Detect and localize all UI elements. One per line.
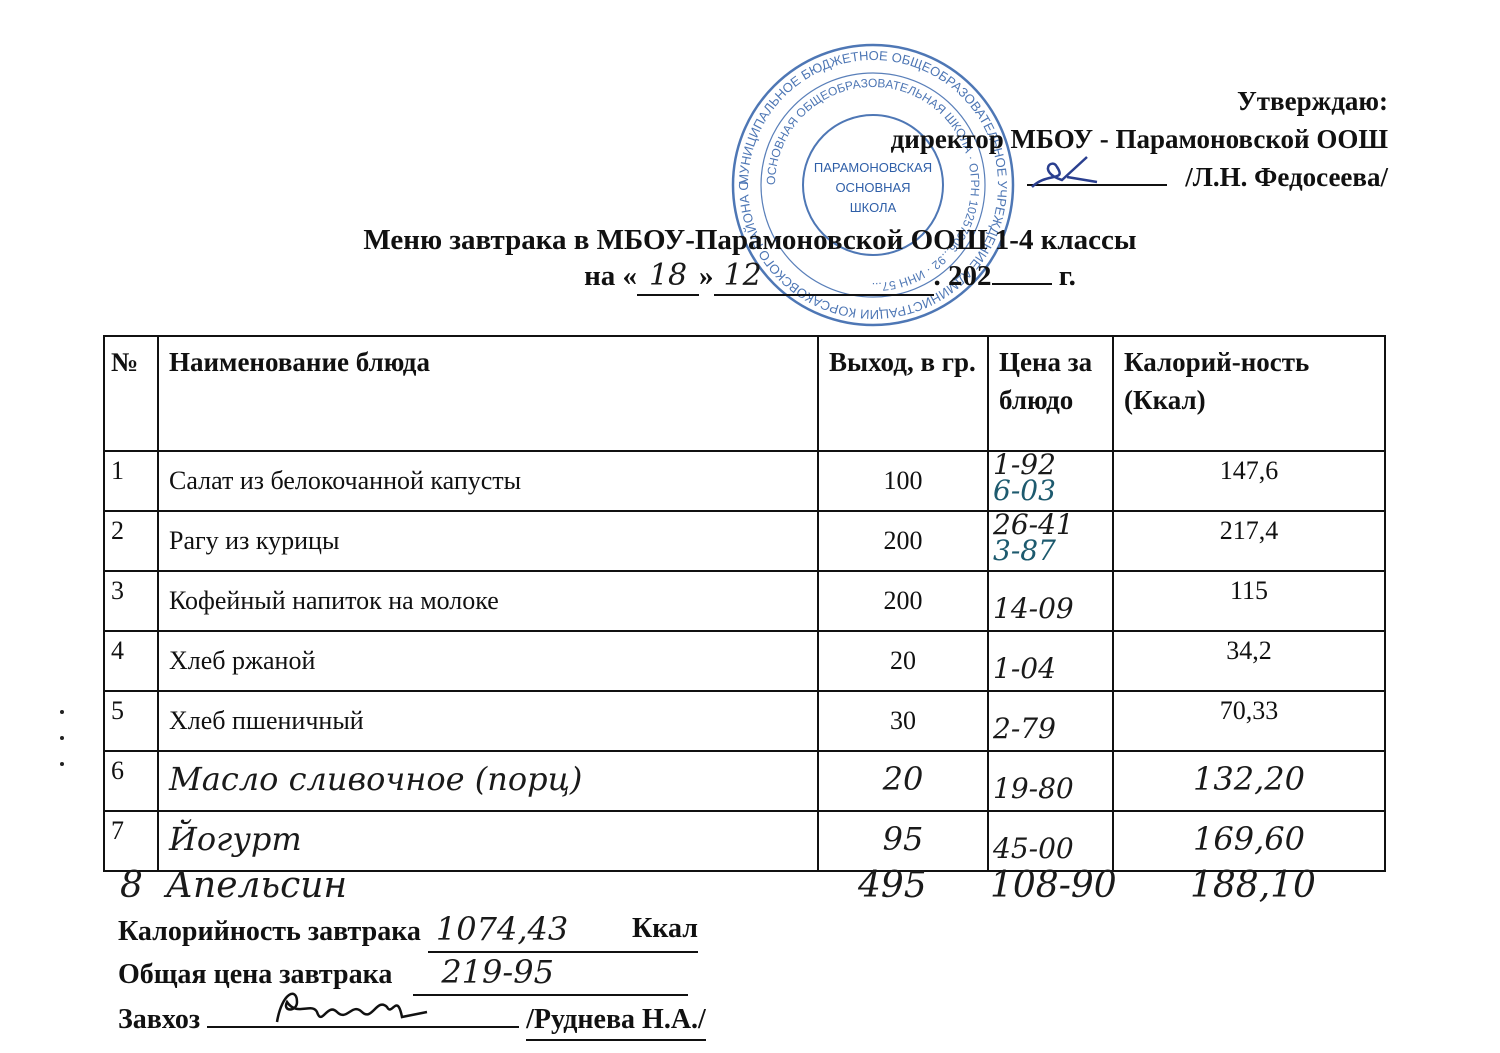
dish-calories: 70,33 (1113, 691, 1385, 751)
dish-output: 200 (818, 571, 988, 631)
price-value: 14-09 (993, 596, 1108, 622)
approval-position: директор МБОУ - Парамоновской ООШ (891, 120, 1388, 158)
dish-name: Хлеб ржаной (158, 631, 818, 691)
dish-name: Йогурт (158, 811, 818, 871)
calories-total-value: 1074,43 (428, 910, 568, 948)
calories-total-field: 1074,43 Ккал (428, 910, 698, 953)
date-year-prefix: . 202 (934, 260, 992, 292)
price-value: 45-00 (993, 836, 1108, 862)
title-line: Меню завтрака в МБОУ-Парамоновской ООШ 1… (0, 222, 1500, 258)
dish-price: 19-80 (988, 751, 1113, 811)
table-row: 4Хлеб ржаной201-0434,2 (104, 631, 1385, 691)
header-calories: Калорий-ность (Ккал) (1113, 336, 1385, 451)
dish-output: 20 (818, 631, 988, 691)
dish-price: 45-00 (988, 811, 1113, 871)
svg-text:ШКОЛА: ШКОЛА (850, 200, 897, 215)
table-row: 2Рагу из курицы20026-413-87217,4 (104, 511, 1385, 571)
extra-row-calories: 188,10 (1190, 865, 1316, 906)
date-month-value: 12 (724, 258, 762, 293)
header-output: Выход, в гр. (818, 336, 988, 451)
dish-price: 1-04 (988, 631, 1113, 691)
price-value: 19-80 (993, 776, 1108, 802)
price-value: 6-03 (993, 478, 1108, 504)
dish-price: 26-413-87 (988, 511, 1113, 571)
director-signature-field (1027, 162, 1167, 186)
manager-signature-icon (267, 982, 467, 1032)
manager-name: /Руднева Н.А./ (526, 1001, 706, 1041)
row-number: 4 (104, 631, 158, 691)
scan-margin-marks (60, 710, 70, 788)
dish-name: Салат из белокочанной капусты (158, 451, 818, 511)
table-row: 5Хлеб пшеничный302-7970,33 (104, 691, 1385, 751)
dish-calories: 169,60 (1113, 811, 1385, 871)
price-value: 1-04 (993, 656, 1108, 682)
dish-calories: 217,4 (1113, 511, 1385, 571)
dish-output: 95 (818, 811, 988, 871)
date-day-field: 18 (637, 258, 699, 296)
manager-signature-field (207, 996, 519, 1028)
dish-output: 200 (818, 511, 988, 571)
dish-output: 20 (818, 751, 988, 811)
dish-name: Рагу из курицы (158, 511, 818, 571)
dish-output: 100 (818, 451, 988, 511)
calories-total-line: Калорийность завтрака 1074,43 Ккал (118, 910, 706, 953)
dish-price: 14-09 (988, 571, 1113, 631)
dish-output: 30 (818, 691, 988, 751)
extra-row-output: 495 (858, 865, 927, 906)
extra-row-price: 108-90 (990, 865, 1117, 906)
manager-label: Завхоз (118, 1004, 200, 1035)
header-name: Наименование блюда (158, 336, 818, 451)
approval-block: Утверждаю: директор МБОУ - Парамоновской… (891, 82, 1388, 196)
date-prefix: на « (584, 260, 637, 292)
approval-signature-line: /Л.Н. Федосеева/ (891, 158, 1388, 196)
approval-heading: Утверждаю: (891, 82, 1388, 120)
footer-summary: Калорийность завтрака 1074,43 Ккал Общая… (118, 910, 706, 1041)
price-value: 2-79 (993, 716, 1108, 742)
date-month-field: 12 (714, 258, 934, 296)
dish-price: 1-926-03 (988, 451, 1113, 511)
row-number: 6 (104, 751, 158, 811)
row-number: 2 (104, 511, 158, 571)
dish-calories: 115 (1113, 571, 1385, 631)
row-number: 7 (104, 811, 158, 871)
title-date-line: на «18»12. 202 г. (0, 258, 1500, 296)
date-quote: » (699, 260, 714, 292)
header-price: Цена за блюдо (988, 336, 1113, 451)
calories-total-label: Калорийность завтрака (118, 916, 421, 947)
dish-calories: 132,20 (1113, 751, 1385, 811)
date-day-value: 18 (649, 258, 687, 293)
header-num: № (104, 336, 158, 451)
table-header-row: № Наименование блюда Выход, в гр. Цена з… (104, 336, 1385, 451)
date-year-field (992, 283, 1052, 285)
dish-name: Кофейный напиток на молоке (158, 571, 818, 631)
dish-name: Масло сливочное (порц) (158, 751, 818, 811)
row-number: 1 (104, 451, 158, 511)
price-value: 3-87 (993, 538, 1108, 564)
director-name: /Л.Н. Федосеева/ (1185, 162, 1388, 192)
dish-name: Хлеб пшеничный (158, 691, 818, 751)
row-number: 5 (104, 691, 158, 751)
dish-calories: 34,2 (1113, 631, 1385, 691)
document-title: Меню завтрака в МБОУ-Парамоновской ООШ 1… (0, 222, 1500, 296)
table-row: 1Салат из белокочанной капусты1001-926-0… (104, 451, 1385, 511)
director-signature-icon (1027, 152, 1117, 192)
calories-unit: Ккал (632, 910, 698, 948)
extra-row-name: 8 Апельсин (120, 865, 347, 906)
manager-line: Завхоз /Руднева Н.А./ (118, 996, 706, 1041)
table-row: 6Масло сливочное (порц)2019-80132,20 (104, 751, 1385, 811)
dish-price: 2-79 (988, 691, 1113, 751)
menu-table: № Наименование блюда Выход, в гр. Цена з… (103, 335, 1386, 872)
dish-calories: 147,6 (1113, 451, 1385, 511)
row-number: 3 (104, 571, 158, 631)
table-row: 7Йогурт9545-00169,60 (104, 811, 1385, 871)
date-suffix: г. (1059, 260, 1076, 292)
table-row: 3Кофейный напиток на молоке20014-09115 (104, 571, 1385, 631)
